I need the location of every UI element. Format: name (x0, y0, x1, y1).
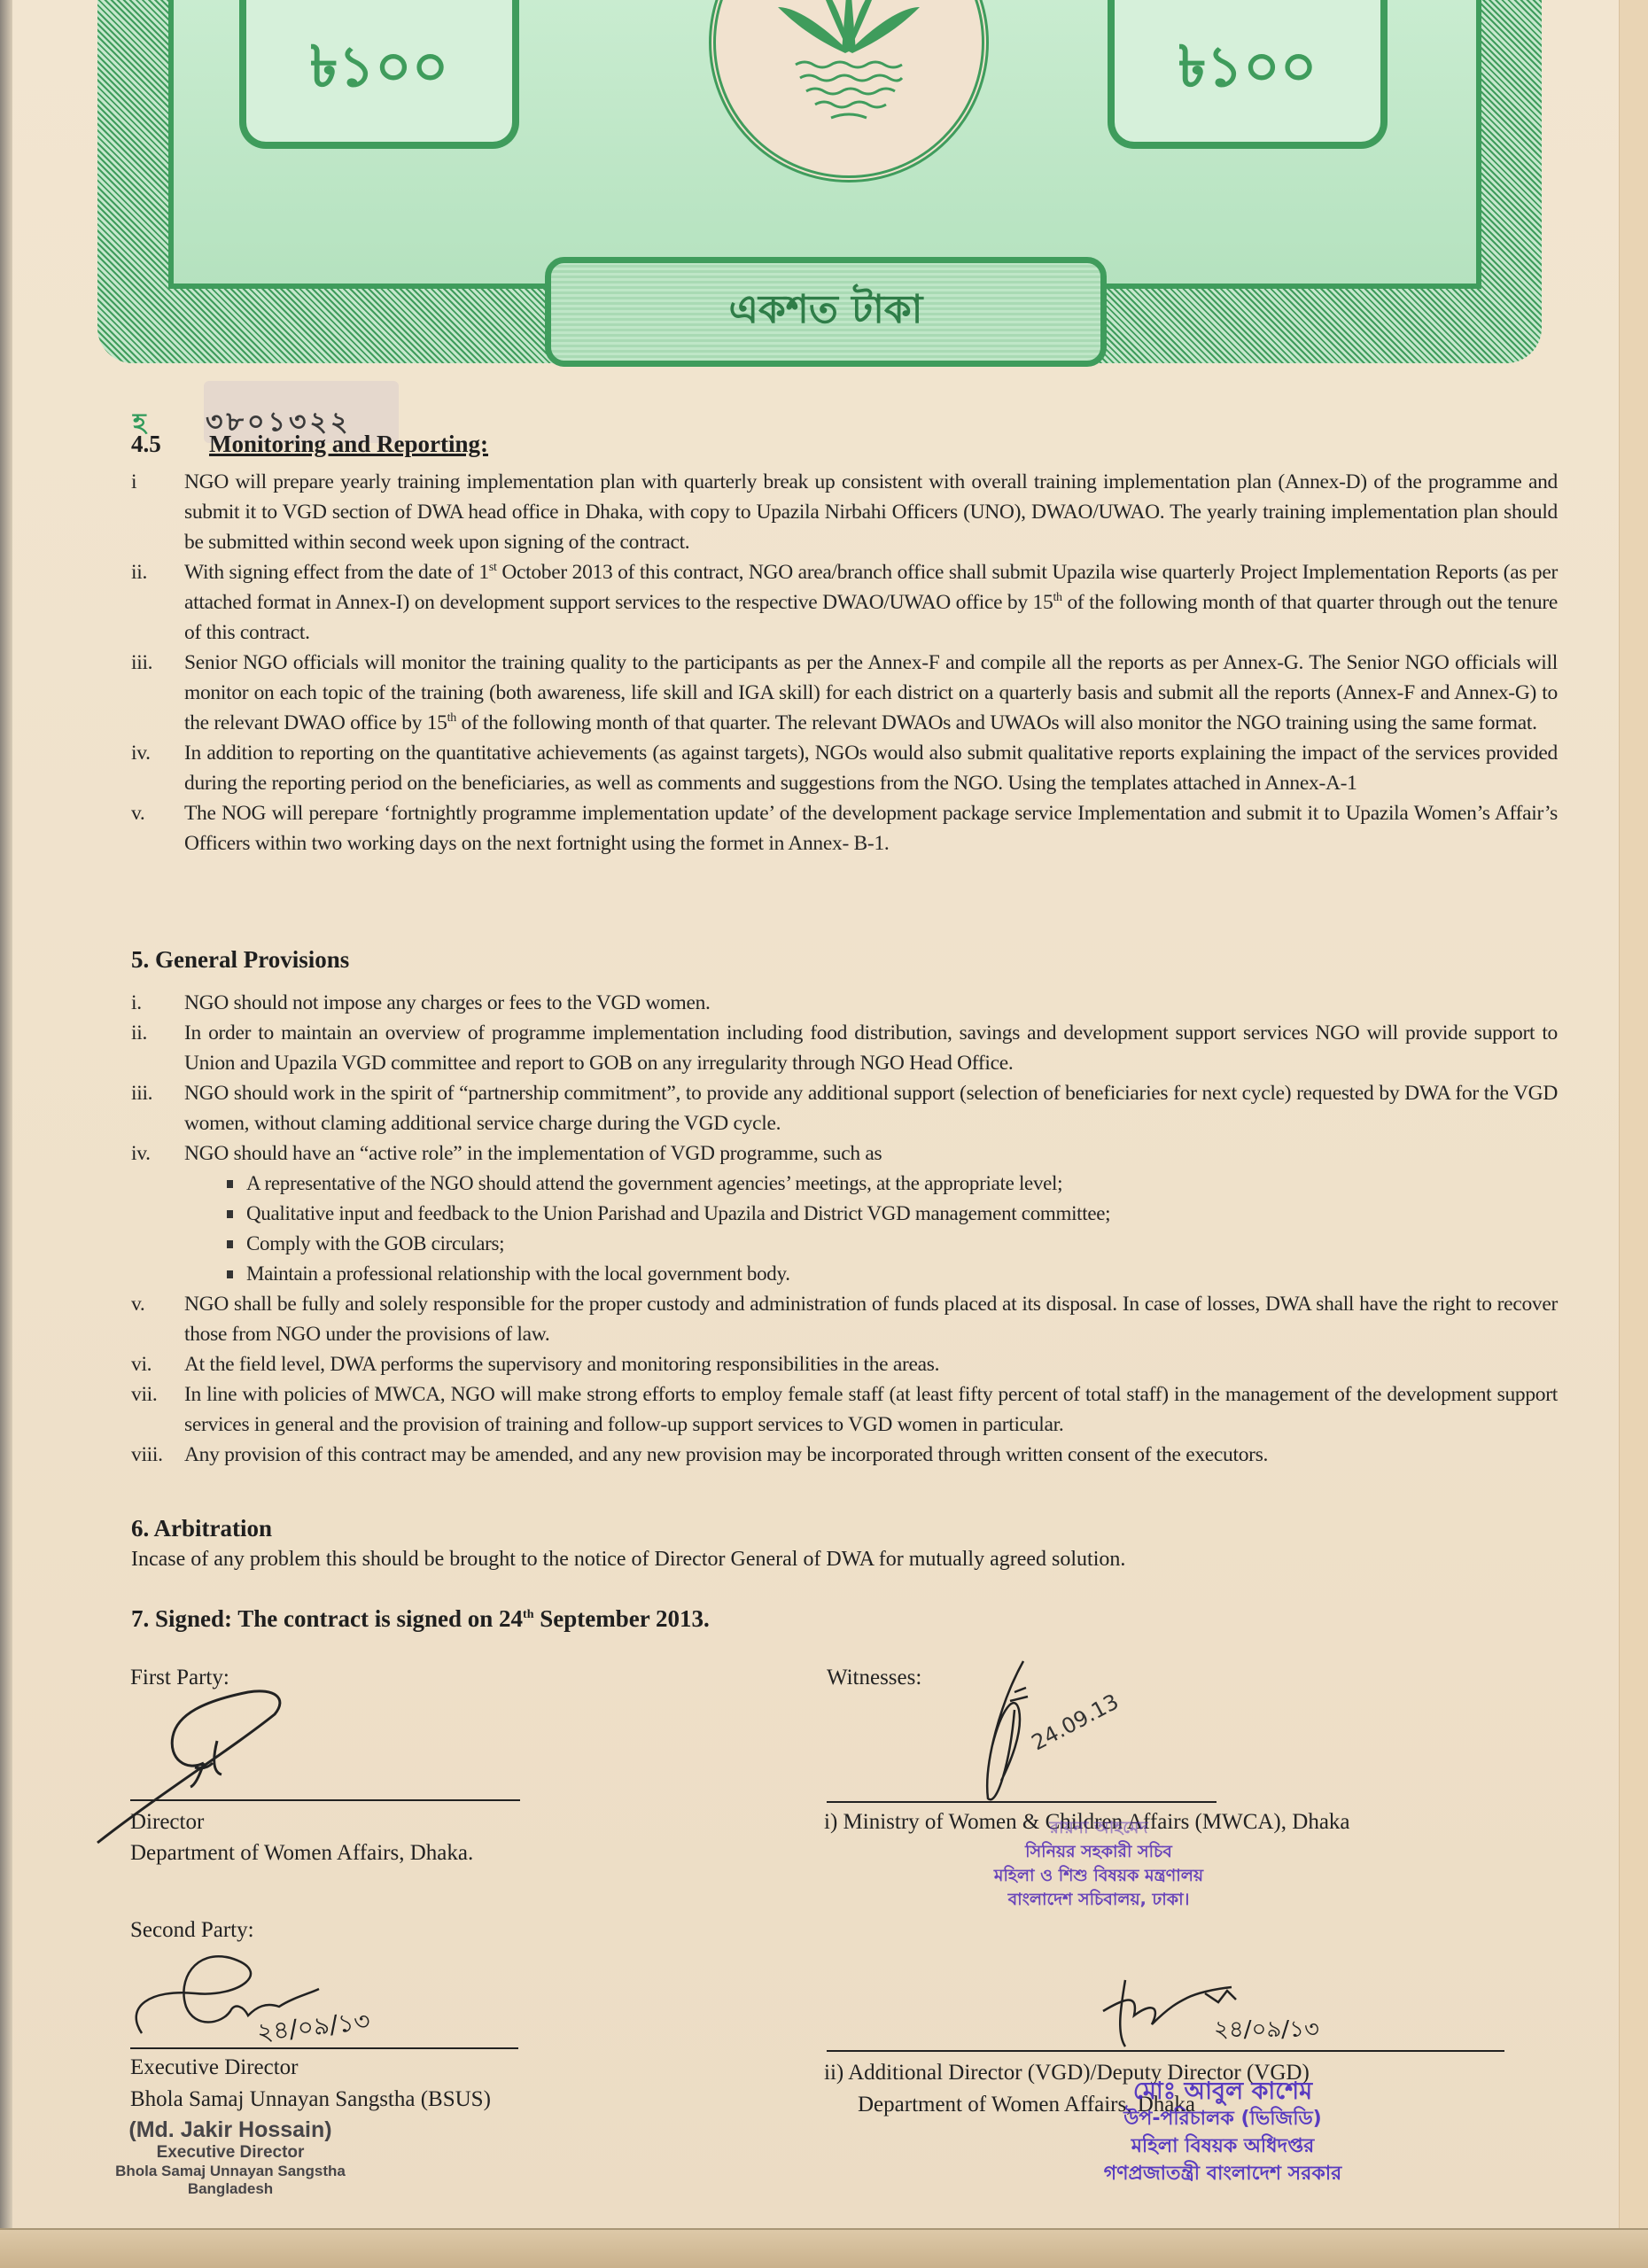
stamp-line: উপ-পরিচালক (ভিজিডি) (1019, 2105, 1426, 2132)
stamp-line: সিনিয়র সহকারী সচিব (930, 1840, 1267, 1864)
list-item: v.NGO shall be fully and solely responsi… (131, 1289, 1558, 1349)
stamp-line: Bangladesh (115, 2180, 346, 2198)
stamp-paper-header: ৳১০০ ৳১০০ একশত টাকা (97, 0, 1542, 363)
item-marker: ii. (131, 557, 181, 587)
list-item: vi.At the field level, DWA performs the … (131, 1349, 1558, 1379)
item-marker: ii. (131, 1018, 181, 1048)
item-marker: iii. (131, 1078, 181, 1108)
item-text: In order to maintain an overview of prog… (184, 1021, 1558, 1075)
item-marker: vii. (131, 1379, 181, 1410)
item-marker: i (131, 467, 181, 497)
second-party-signature-line (130, 2047, 518, 2049)
first-party-title: Director (130, 1810, 204, 1835)
second-party-org: Bhola Samaj Unnayan Sangstha (BSUS) (130, 2087, 491, 2112)
item-marker: i. (131, 988, 181, 1018)
witness-2-signature-line (827, 2050, 1504, 2052)
first-party-signature-line (130, 1799, 520, 1801)
stamp-value-right: ৳১০০ (1108, 0, 1388, 149)
section-5-list: i.NGO should not impose any charges or f… (131, 988, 1558, 1470)
item-text: With signing effect from the date of 1 (184, 561, 489, 584)
arbitration-text: Incase of any problem this should be bro… (131, 1548, 1125, 1572)
ordinal-suffix: th (447, 711, 456, 725)
item-text: In line with policies of MWCA, NGO will … (184, 1383, 1558, 1436)
stamp-line: গণপ্রজাতন্ত্রী বাংলাদেশ সরকার (1019, 2160, 1426, 2187)
bullet-item: Comply with the GOB circulars; (227, 1229, 1558, 1259)
stamp-line: মহিলা বিষয়ক অধিদপ্তর (1019, 2132, 1426, 2160)
active-role-bullets: A representative of the NGO should atten… (184, 1169, 1558, 1289)
stamp-line: মহিলা ও শিশু বিষয়ক মন্ত্রণালয় (930, 1864, 1267, 1888)
page-right-edge (1619, 0, 1648, 2268)
stamp-line: (Md. Jakir Hossain) (115, 2117, 346, 2143)
stamp-denomination: একশত টাকা (545, 257, 1107, 367)
first-party-label: First Party: (130, 1666, 229, 1690)
section-5-heading: 5. General Provisions (131, 946, 349, 974)
list-item: iii. Senior NGO officials will monitor t… (131, 648, 1558, 738)
item-marker: viii. (131, 1440, 181, 1470)
list-item: ii.In order to maintain an overview of p… (131, 1018, 1558, 1078)
item-text: Any provision of this contract may be am… (184, 1443, 1268, 1466)
witness-1-signature-line (827, 1801, 1217, 1803)
item-text: NGO should work in the spirit of “partne… (184, 1082, 1558, 1135)
page-bottom-fold (0, 2228, 1648, 2268)
second-party-title: Executive Director (130, 2055, 299, 2080)
bullet-item: A representative of the NGO should atten… (227, 1169, 1558, 1199)
ordinal-suffix: th (1053, 591, 1061, 604)
section-title: Monitoring and Reporting: (209, 431, 488, 457)
item-text: NGO shall be fully and solely responsibl… (184, 1293, 1558, 1346)
section-4-5-heading: 4.5Monitoring and Reporting: (131, 431, 488, 458)
section-7-heading: 7. Signed: The contract is signed on 24t… (131, 1605, 710, 1633)
item-marker: v. (131, 798, 181, 828)
page-left-edge (0, 0, 12, 2268)
list-item: iv.NGO should have an “active role” in t… (131, 1138, 1558, 1289)
item-text: In addition to reporting on the quantita… (184, 742, 1558, 795)
item-marker: vi. (131, 1349, 181, 1379)
section-number: 4.5 (131, 431, 209, 458)
list-item: iii.NGO should work in the spirit of “pa… (131, 1078, 1558, 1138)
item-text: NGO will prepare yearly training impleme… (184, 470, 1558, 554)
second-party-label: Second Party: (130, 1918, 254, 1943)
item-text: At the field level, DWA performs the sup… (184, 1353, 939, 1376)
ordinal-suffix: th (523, 1608, 533, 1621)
stamp-line: Executive Director (115, 2143, 346, 2163)
second-party-name-stamp: (Md. Jakir Hossain) Executive Director B… (115, 2117, 346, 2198)
signed-date-text: 7. Signed: The contract is signed on 24 (131, 1605, 523, 1632)
section-6-heading: 6. Arbitration (131, 1515, 272, 1542)
stamp-line: Bhola Samaj Unnayan Sangstha (115, 2163, 346, 2180)
section-4-5-list: i NGO will prepare yearly training imple… (131, 467, 1558, 858)
item-text: NGO should have an “active role” in the … (184, 1142, 882, 1165)
item-marker: iv. (131, 1138, 181, 1169)
bullet-item: Qualitative input and feedback to the Un… (227, 1199, 1558, 1229)
list-item: i.NGO should not impose any charges or f… (131, 988, 1558, 1018)
water-lily-emblem-icon (760, 0, 937, 131)
list-item: iv. In addition to reporting on the quan… (131, 738, 1558, 798)
signed-date-text: September 2013. (534, 1605, 710, 1632)
witness-2-purple-stamp: মোঃ আবুল কাশেম উপ-পরিচালক (ভিজিডি) মহিলা… (1019, 2078, 1426, 2187)
stamp-line: বাংলাদেশ সচিবালয়, ঢাকা। (930, 1888, 1267, 1912)
witnesses-label: Witnesses: (827, 1666, 921, 1690)
list-item: vii.In line with policies of MWCA, NGO w… (131, 1379, 1558, 1440)
list-item: v. The NOG will perepare ‘fortnightly pr… (131, 798, 1558, 858)
stamp-line: রায়না আহমেদ (930, 1816, 1267, 1840)
first-party-org: Department of Women Affairs, Dhaka. (130, 1841, 473, 1866)
stamp-value-left: ৳১০০ (239, 0, 519, 149)
item-marker: v. (131, 1289, 181, 1319)
list-item: viii.Any provision of this contract may … (131, 1440, 1558, 1470)
item-marker: iii. (131, 648, 181, 678)
ordinal-suffix: st (489, 561, 497, 574)
item-marker: iv. (131, 738, 181, 768)
item-text: The NOG will perepare ‘fortnightly progr… (184, 802, 1558, 855)
item-text: of the following month of that quarter. … (456, 711, 1537, 734)
list-item: ii. With signing effect from the date of… (131, 557, 1558, 648)
stamp-line: মোঃ আবুল কাশেম (1019, 2078, 1426, 2105)
bullet-item: Maintain a professional relationship wit… (227, 1259, 1558, 1289)
witness-2-handwritten-date: ২৪/০৯/১৩ (1214, 2011, 1319, 2050)
list-item: i NGO will prepare yearly training imple… (131, 467, 1558, 557)
witness-1-purple-stamp: রায়না আহমেদ সিনিয়র সহকারী সচিব মহিলা ও… (930, 1816, 1267, 1912)
item-text: NGO should not impose any charges or fee… (184, 991, 711, 1014)
